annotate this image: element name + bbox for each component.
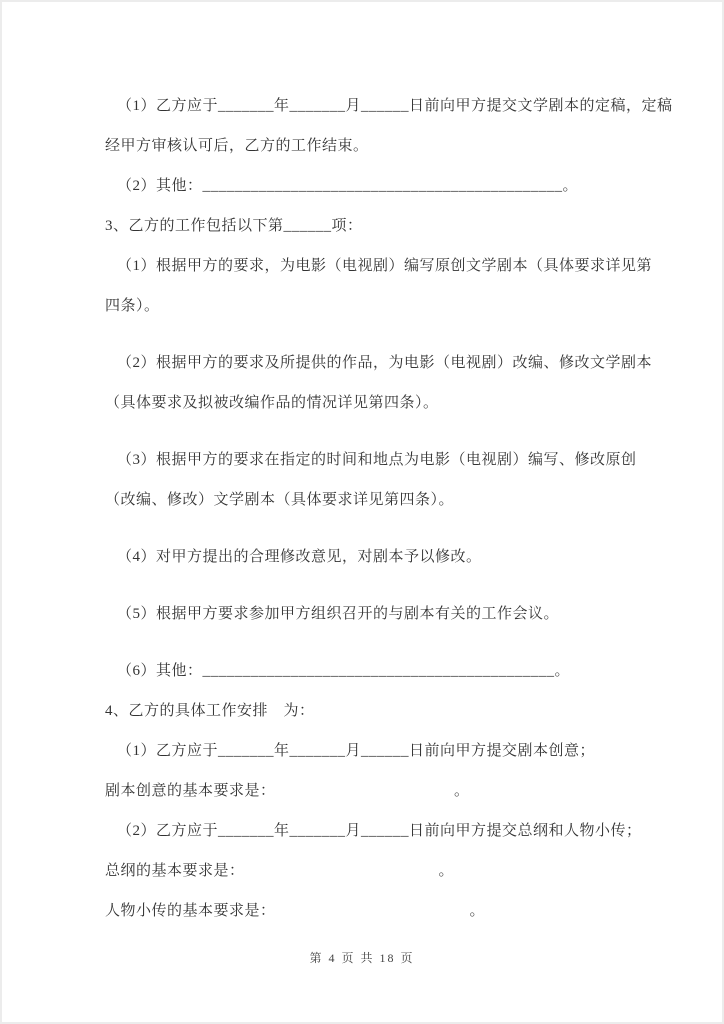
clause-3-3-line: （3）根据甲方的要求在指定的时间和地点为电影（电视剧）编写、修改原创 xyxy=(105,440,645,480)
clause-4-1-idea-requirements: 剧本创意的基本要求是： 。 xyxy=(105,771,645,811)
clause-3-5-line: （5）根据甲方要求参加甲方组织召开的与剧本有关的工作会议。 xyxy=(105,594,645,634)
page-footer: 第 4 页 共 18 页 xyxy=(2,949,722,966)
clause-4-2-outline-requirements: 总纲的基本要求是： 。 xyxy=(105,851,645,891)
clause-4-1-deadline-line: （1）乙方应于_______年_______月______日前向甲方提交剧本创意… xyxy=(105,731,645,771)
contract-body: （1）乙方应于_______年_______月______日前向甲方提交文学剧本… xyxy=(105,86,645,931)
clause-3-6-other-blank: （6）其他：__________________________________… xyxy=(105,651,645,691)
document-page: （1）乙方应于_______年_______月______日前向甲方提交文学剧本… xyxy=(0,0,724,1024)
clause-3-4-line: （4）对甲方提出的合理修改意见，对剧本予以修改。 xyxy=(105,537,645,577)
clause-3-3-continuation: （改编、修改）文学剧本（具体要求详见第四条）。 xyxy=(105,480,645,520)
clause-3-2-continuation: （具体要求及拟被改编作品的情况详见第四条）。 xyxy=(105,383,645,423)
clause-3-2-line: （2）根据甲方的要求及所提供的作品，为电影（电视剧）改编、修改文学剧本 xyxy=(105,343,645,383)
clause-3-1-continuation: 四条）。 xyxy=(105,286,645,326)
clause-2-1-continuation: 经甲方审核认可后，乙方的工作结束。 xyxy=(105,126,645,166)
clause-4-2-bio-requirements: 人物小传的基本要求是： 。 xyxy=(105,891,645,931)
clause-2-2-other-blank: （2）其他：__________________________________… xyxy=(105,166,645,206)
clause-2-1-deadline-line: （1）乙方应于_______年_______月______日前向甲方提交文学剧本… xyxy=(105,86,645,126)
clause-3-heading: 3、乙方的工作包括以下第______项： xyxy=(105,206,645,246)
clause-4-heading: 4、乙方的具体工作安排 为： xyxy=(105,691,645,731)
clause-4-2-deadline-line: （2）乙方应于_______年_______月______日前向甲方提交总纲和人… xyxy=(105,811,645,851)
clause-3-1-line: （1）根据甲方的要求，为电影（电视剧）编写原创文学剧本（具体要求详见第 xyxy=(105,246,645,286)
